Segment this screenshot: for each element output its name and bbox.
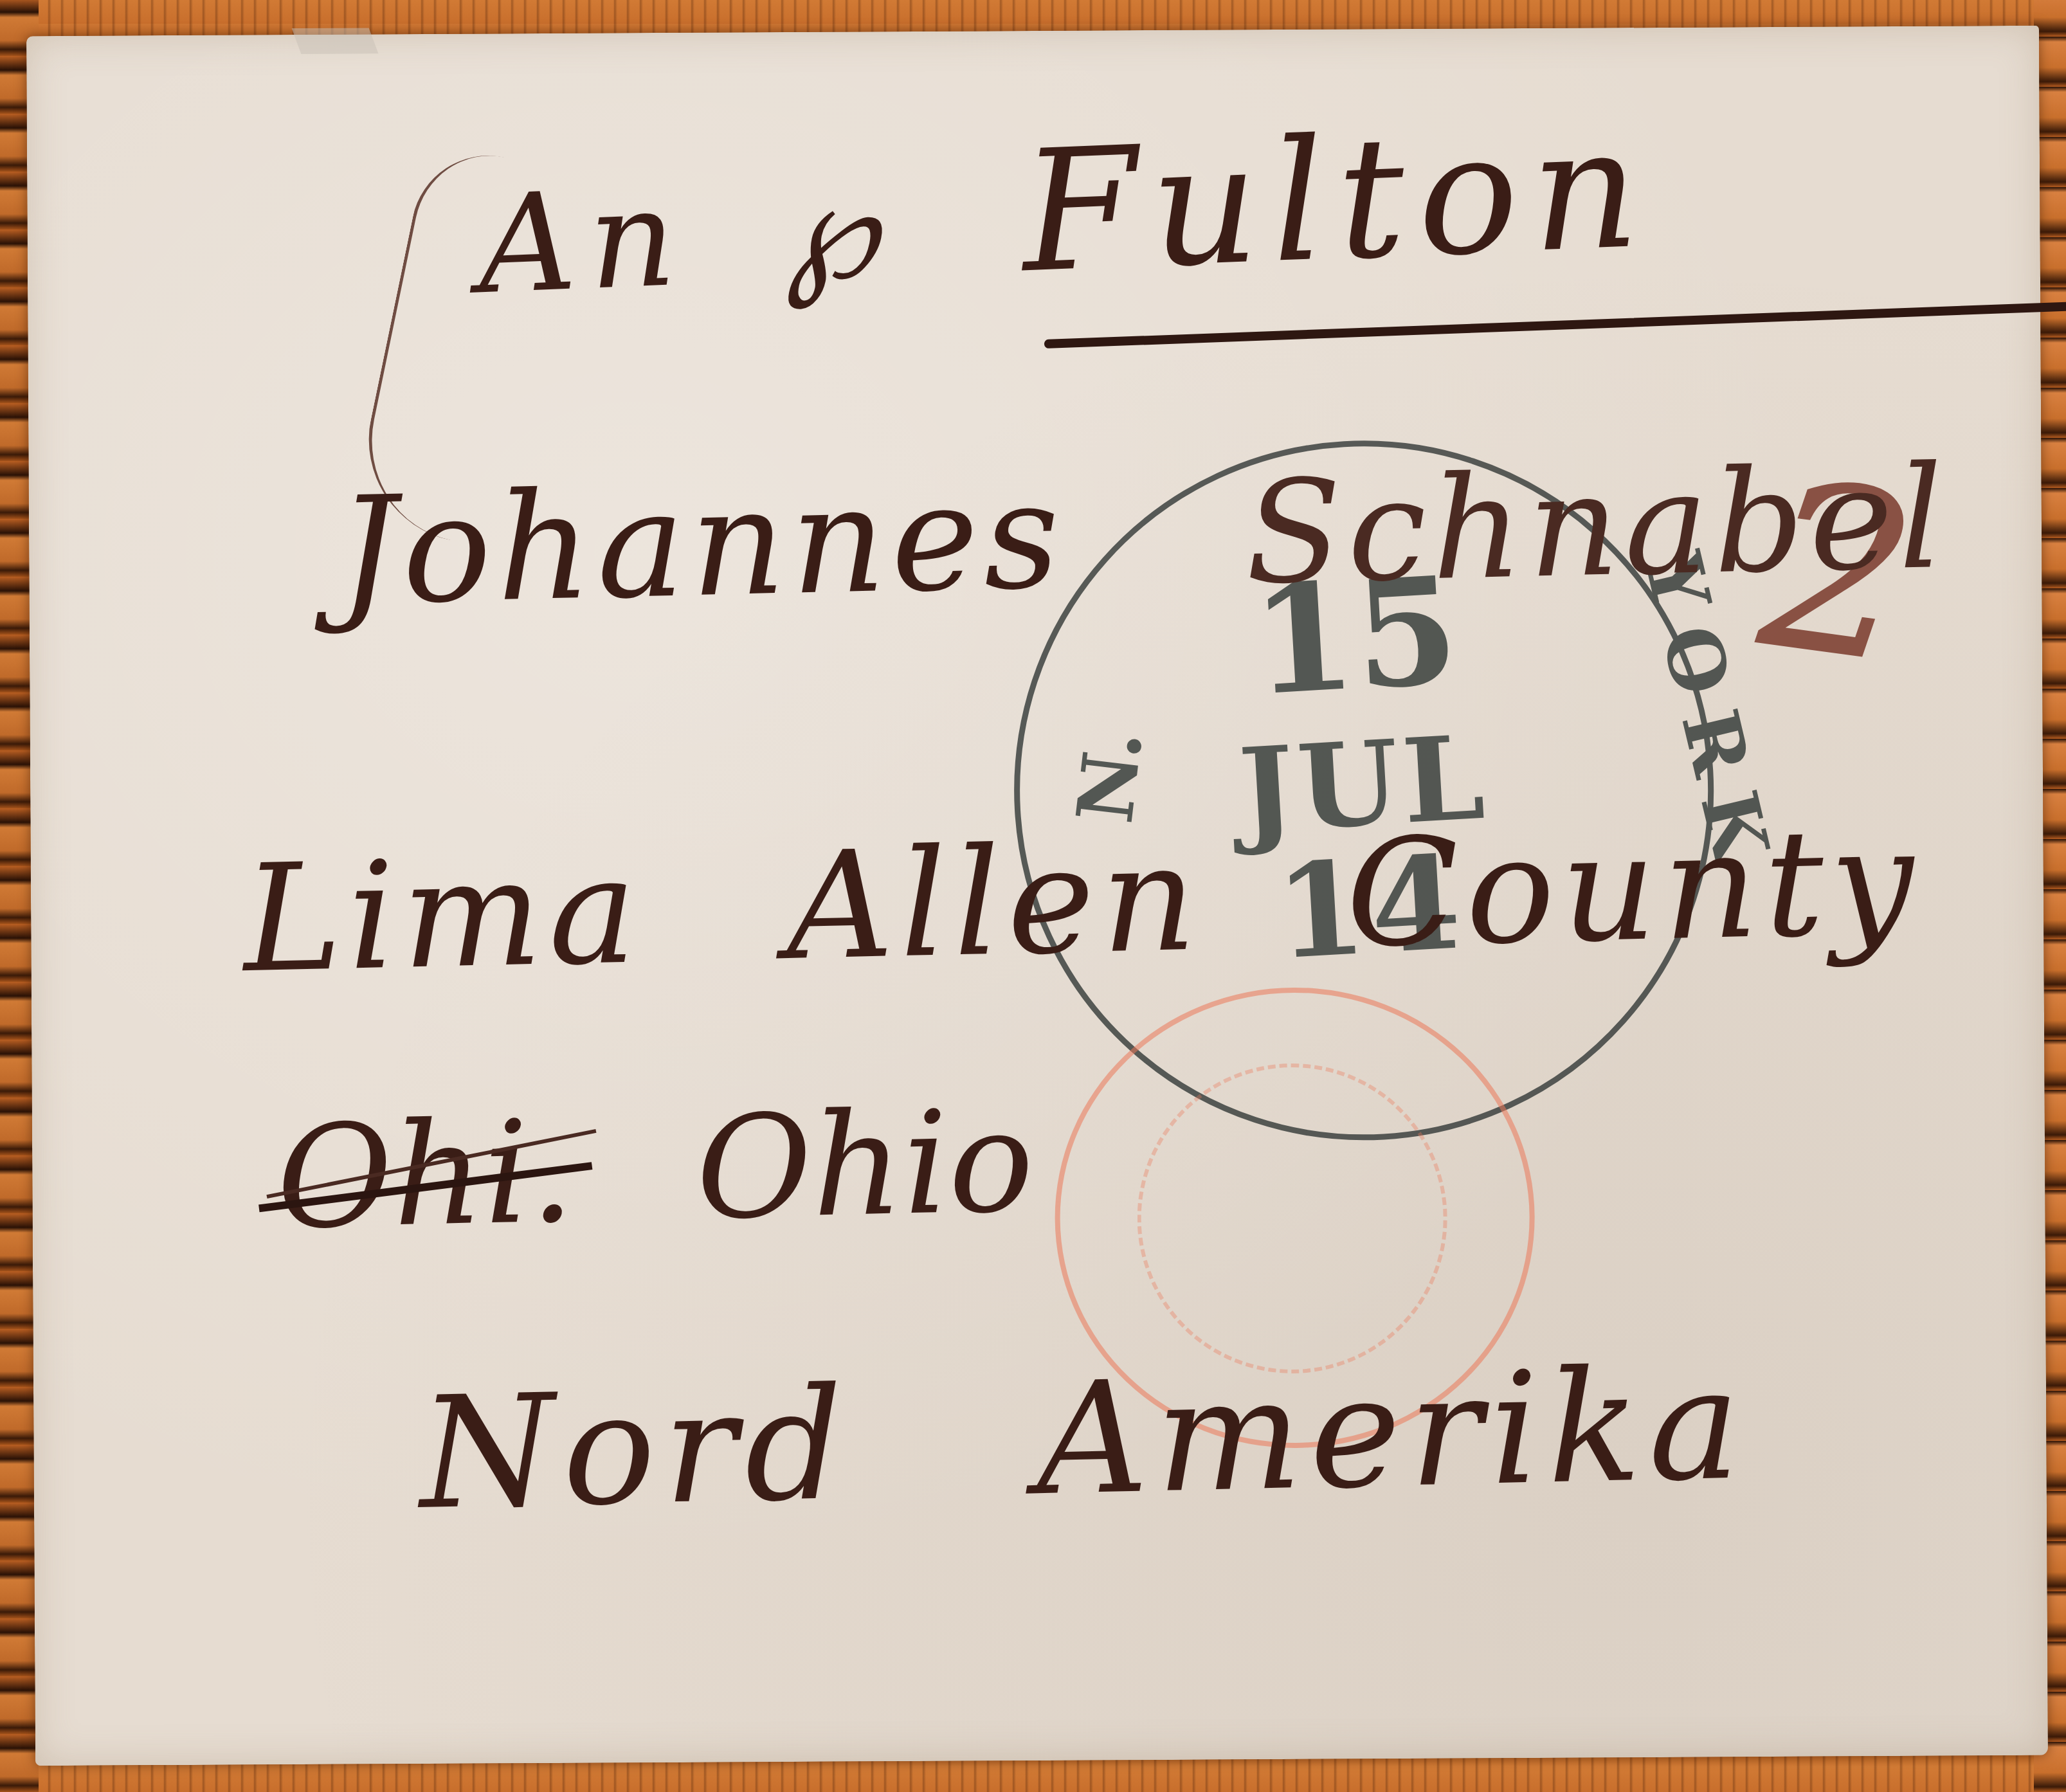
ship-name: Fulton	[1018, 91, 1655, 310]
routing-prefix: An	[475, 158, 691, 324]
state-name: Ohio	[694, 1079, 1036, 1251]
ship-underline	[1044, 302, 2066, 348]
addressee-surname: Schnabel	[1244, 435, 1950, 616]
state-line: Ohi. Ohio	[275, 1079, 1035, 1261]
addressee-line: Johannes Schnabel	[336, 430, 1950, 638]
struck-out-word: Ohi.	[275, 1089, 575, 1260]
county-name: Allen	[784, 812, 1204, 993]
county-word: County	[1344, 796, 1922, 981]
country-part-1: Nord	[418, 1354, 853, 1544]
country-line: Nord Amerika	[418, 1334, 1750, 1544]
addressee-given-name: Johannes	[336, 450, 1066, 638]
town-name: Lima	[241, 825, 644, 1006]
routing-line: An ℘ Fulton	[474, 91, 1655, 332]
country-part-2: Amerika	[1034, 1334, 1750, 1530]
red-postmark-inner-ring	[1136, 1063, 1448, 1375]
folded-flap	[292, 28, 379, 54]
letter-cover: An ℘ Fulton N. YORK 15 JUL 14 2 Johannes…	[26, 26, 2048, 1766]
per-symbol: ℘	[779, 150, 893, 312]
